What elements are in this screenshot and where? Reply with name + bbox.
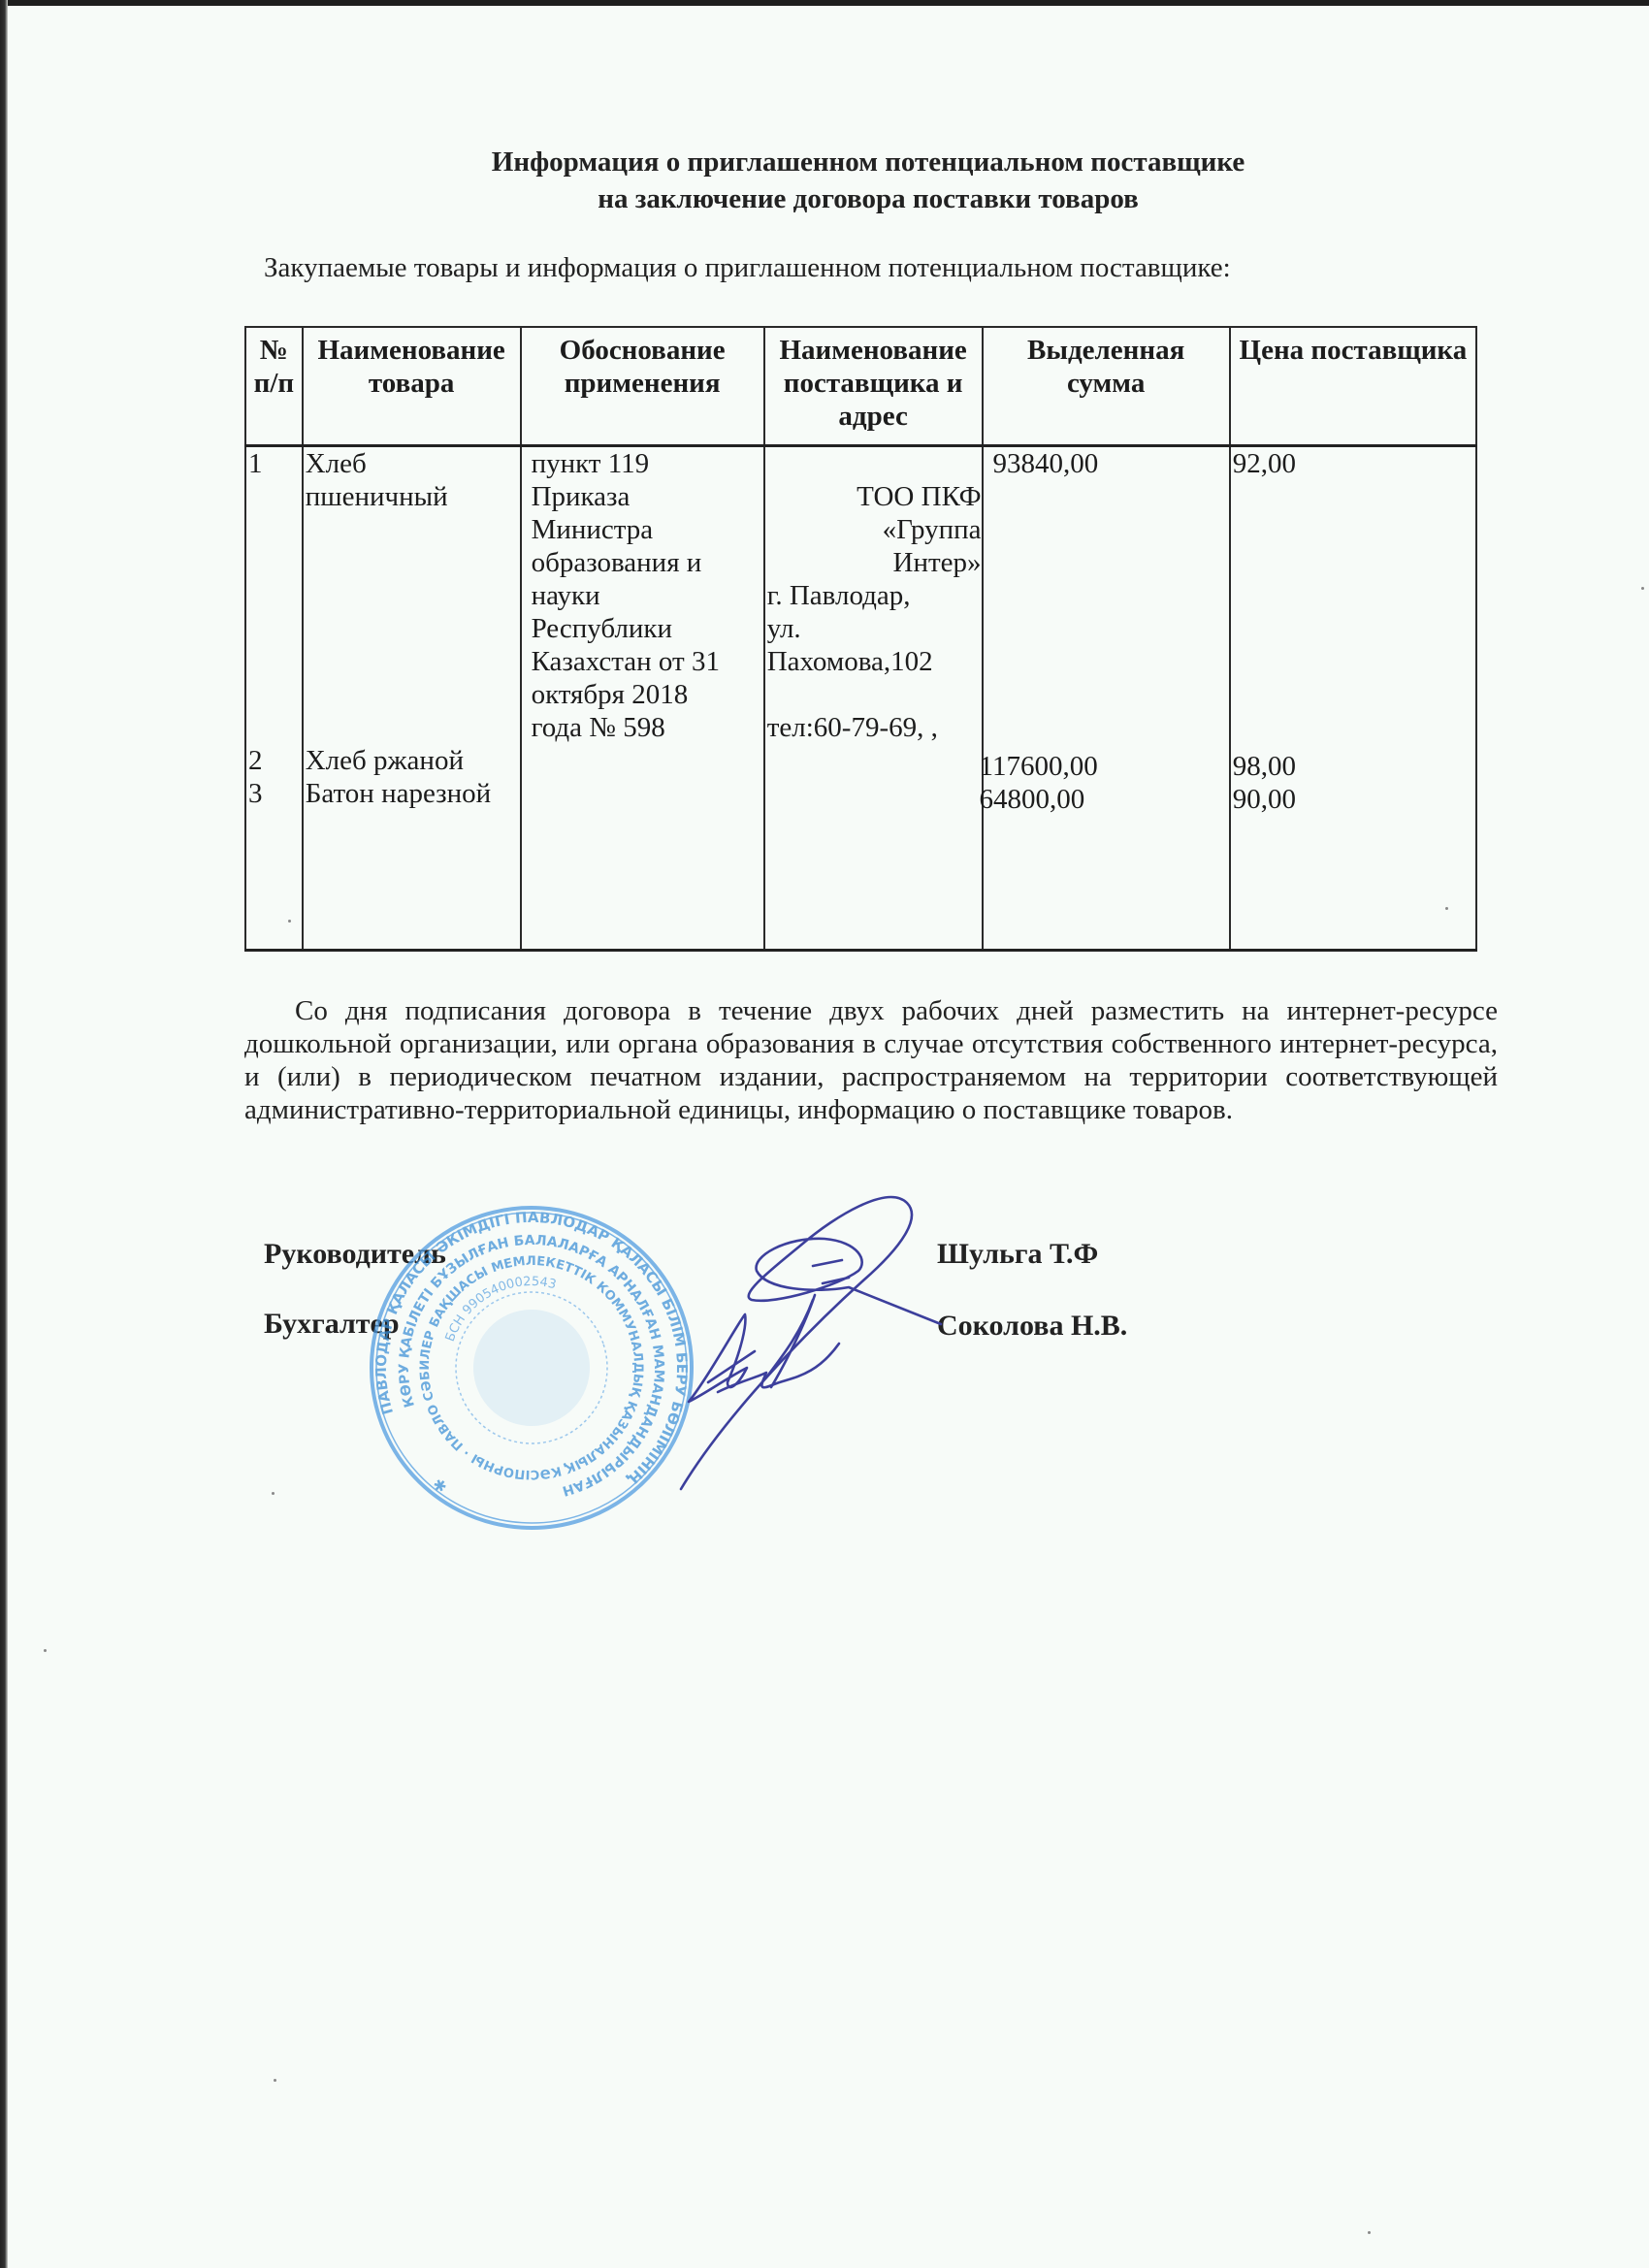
header-name: Наименование товара: [303, 327, 521, 446]
cell-basis: пункт 119ПриказаМинистраобразования инау…: [521, 446, 764, 838]
signature-icon: [669, 1179, 951, 1518]
basis-line: Республики: [532, 612, 761, 645]
table-row: 1 2 3 Хлеб пшеничный Хлеб ржаной Батон н…: [245, 446, 1476, 838]
scan-speck: [1641, 587, 1644, 590]
basis-line: науки: [532, 579, 761, 612]
accountant-name: Соколова Н.В.: [937, 1310, 1127, 1343]
scan-speck: [274, 2079, 276, 2082]
basis-line: октября 2018: [532, 678, 761, 711]
cell-price: 92,00 98,00 90,00: [1230, 446, 1476, 838]
scan-speck: [44, 1649, 47, 1652]
scan-speck: [288, 920, 291, 923]
basis-line: Казахстан от 31: [532, 645, 761, 678]
title-line-1: Информация о приглашенном потенциальном …: [87, 144, 1649, 180]
scan-edge-left: [0, 0, 8, 2268]
header-num: № п/п: [245, 327, 303, 446]
header-price: Цена поставщика: [1230, 327, 1476, 446]
basis-line: пункт 119: [532, 447, 761, 480]
official-stamp-icon: ПАВЛОДАР ҚАЛАСЫ ӘКІМДІГІ ПАВЛОДАР ҚАЛАСЫ…: [367, 1203, 696, 1533]
publication-paragraph: Со дня подписания договора в течение дву…: [244, 994, 1498, 1126]
table-header-row: № п/п Наименование товара Обоснование пр…: [245, 327, 1476, 446]
scan-speck: [1445, 907, 1448, 910]
document-title: Информация о приглашенном потенциальном …: [0, 144, 1649, 217]
cell-supplier: ТОО ПКФ «Группа Интер» г. Павлодар, ул. …: [764, 446, 983, 838]
table-filler-row: [245, 838, 1476, 951]
scan-edge-top: [0, 0, 1649, 6]
header-basis: Обоснование применения: [521, 327, 764, 446]
header-allocated: Выделенная сумма: [983, 327, 1230, 446]
cell-num: 1 2 3: [245, 446, 303, 838]
cell-allocated: 93840,00 117600,00 64800,00: [983, 446, 1230, 838]
scan-speck: [272, 1492, 275, 1495]
goods-table: № п/п Наименование товара Обоснование пр…: [244, 326, 1477, 952]
header-supplier: Наименование поставщика и адрес: [764, 327, 983, 446]
basis-line: года № 598: [532, 711, 761, 744]
basis-line: Приказа: [532, 480, 761, 513]
cell-name: Хлеб пшеничный Хлеб ржаной Батон нарезно…: [303, 446, 521, 838]
head-name: Шульга Т.Ф: [937, 1238, 1098, 1271]
title-line-2: на заключение договора поставки товаров: [87, 180, 1649, 217]
basis-line: Министра: [532, 513, 761, 546]
scan-speck: [1368, 2231, 1371, 2234]
basis-line: образования и: [532, 546, 761, 579]
intro-text: Закупаемые товары и информация о приглаш…: [264, 252, 1231, 284]
